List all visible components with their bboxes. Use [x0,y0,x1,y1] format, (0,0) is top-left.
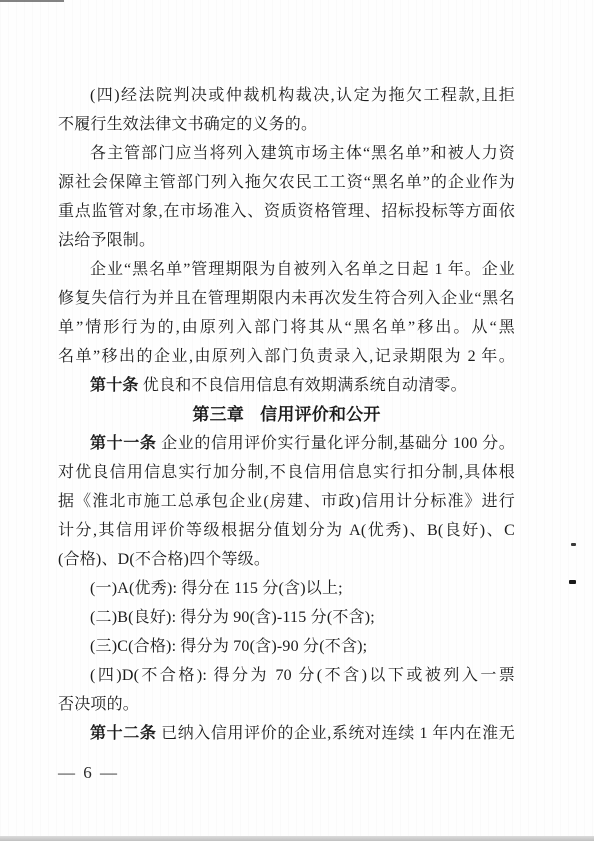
grade-item-d: (四)D(不合格): 得分为 70 分(不含)以下或被列入一票 [58,661,515,690]
chapter-number: 第三章 [192,405,244,424]
scan-speck [571,543,576,546]
article-line-12: 第十二条 已纳入信用评价的企业,系统对连续 1 年内在淮无 [58,719,515,748]
grade-item-a: (一)A(优秀): 得分在 115 分(含)以上; [58,574,515,603]
text-line: 计分,其信用评价等级根据分值划分为 A(优秀)、B(良好)、C [58,516,515,545]
scan-speck [569,580,576,584]
grade-item-c: (三)C(合格): 得分为 70(含)-90 分(不含); [58,632,515,661]
text-line: 法给予限制。 [58,226,515,255]
text-line: 修复失信行为并且在管理期限内未再次发生符合列入企业“黑名 [58,284,515,313]
article-number: 第十条 [90,377,139,394]
text-line: 否决项的。 [58,690,515,719]
article-number: 第十一条 [90,435,157,452]
text-line: 据《淮北市施工总承包企业(房建、市政)信用计分标准》进行 [58,487,515,516]
text-line: 名单”移出的企业,由原列入部门负责录入,记录期限为 2 年。 [58,342,515,371]
article-text: 优良和不良信用信息有效期满系统自动清零。 [139,377,467,394]
text-line: 对优良信用信息实行加分制,不良信用信息实行扣分制,具体根 [58,458,515,487]
scan-bottom-shadow [0,836,594,841]
page-number: — 6 — [58,758,119,787]
text-line: 企业“黑名单”管理期限为自被列入名单之日起 1 年。企业 [58,255,515,284]
grade-item-b: (二)B(良好): 得分为 90(含)-115 分(不含); [58,603,515,632]
scan-edge-mark [0,0,64,2]
scanned-document-page: (四)经法院判决或仲裁机构裁决,认定为拖欠工程款,且拒 不履行生效法律文书确定的… [0,0,594,841]
text-line: (四)经法院判决或仲裁机构裁决,认定为拖欠工程款,且拒 [58,81,515,110]
article-text: 已纳入信用评价的企业,系统对连续 1 年内在淮无 [156,725,515,742]
text-line: 不履行生效法律文书确定的义务的。 [58,110,515,139]
chapter-title: 信用评价和公开 [260,405,380,424]
text-line: 重点监管对象,在市场准入、资质资格管理、招标投标等方面依 [58,197,515,226]
text-line: 各主管部门应当将列入建筑市场主体“黑名单”和被人力资 [58,139,515,168]
text-line: 单”情形行为的,由原列入部门将其从“黑名单”移出。从“黑 [58,313,515,342]
document-text-block: (四)经法院判决或仲裁机构裁决,认定为拖欠工程款,且拒 不履行生效法律文书确定的… [58,81,515,748]
text-line: 源社会保障主管部门列入拖欠农民工工资“黑名单”的企业作为 [58,168,515,197]
chapter-heading: 第三章信用评价和公开 [58,400,515,429]
text-line: (合格)、D(不合格)四个等级。 [58,545,515,574]
article-text: 企业的信用评价实行量化评分制,基础分 100 分。 [157,435,516,452]
article-line-10: 第十条 优良和不良信用信息有效期满系统自动清零。 [58,371,515,400]
article-line-11: 第十一条 企业的信用评价实行量化评分制,基础分 100 分。 [58,429,515,458]
article-number: 第十二条 [90,725,156,742]
